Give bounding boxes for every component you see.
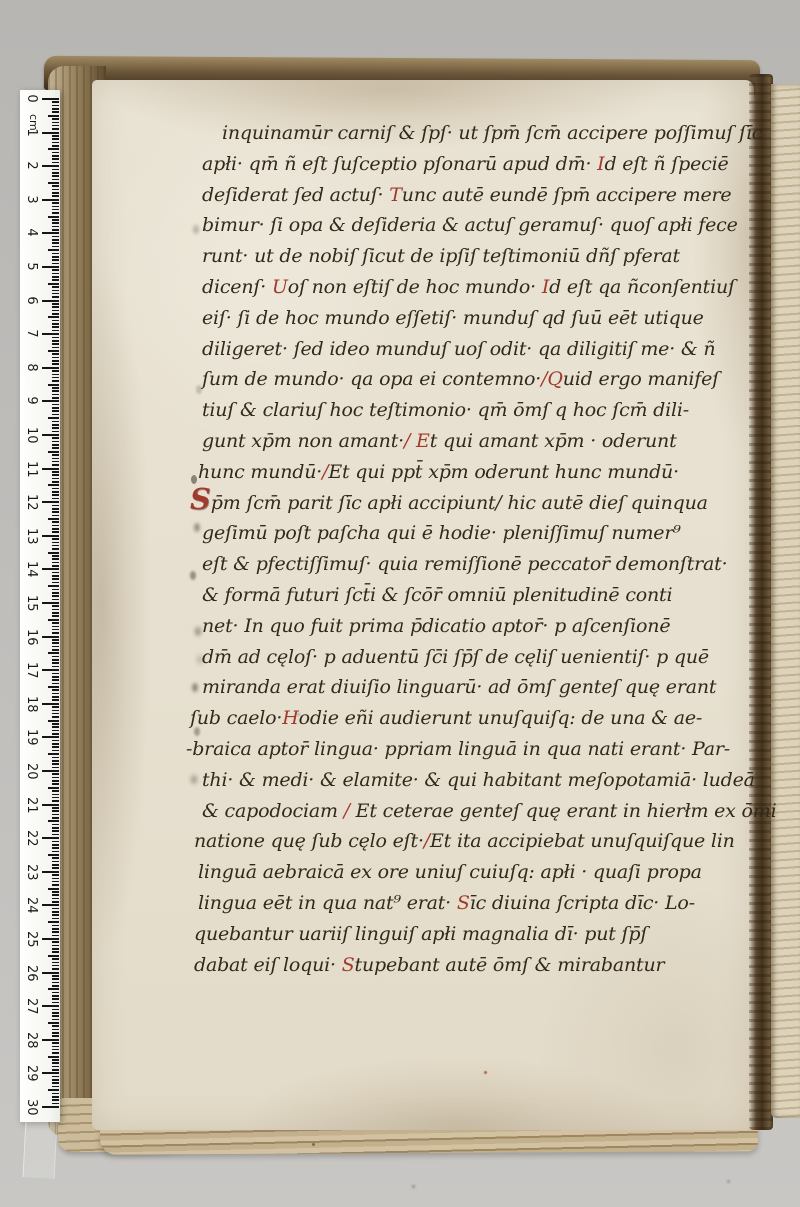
ruler-tick xyxy=(48,249,59,251)
rubric-text: E xyxy=(416,430,430,452)
ruler-tick xyxy=(48,350,59,352)
ruler-tick xyxy=(52,894,59,896)
ruler-tick xyxy=(52,777,59,779)
ruler-tick xyxy=(52,830,59,832)
ruler-tick xyxy=(52,757,59,759)
ruler-tick xyxy=(52,898,59,900)
ruler-tick xyxy=(42,602,59,604)
ruler-tick xyxy=(52,696,59,698)
ruler-tick xyxy=(52,478,59,480)
ruler-tick xyxy=(52,810,59,812)
ruler-tick xyxy=(42,468,59,470)
ruler-tick xyxy=(52,1059,59,1061)
ruler-tick xyxy=(42,1039,59,1041)
ink-text: miranda erat diuiſio linguarū· ad ōmſ ge… xyxy=(202,676,716,698)
manuscript-line: dm̄ ad cęloſ· p aduentū ſc̄i ſp̄ſ de cęl… xyxy=(202,642,758,673)
ruler-tick xyxy=(52,421,59,423)
ruler-number: 2 xyxy=(24,158,39,173)
ruler-tick xyxy=(52,306,59,308)
ink-text: hunc mundū· xyxy=(198,461,322,483)
ink-text: oſ non eſtiſ de hoc mundo· xyxy=(288,276,542,298)
ruler-tick xyxy=(52,558,59,560)
ruler-tick xyxy=(52,632,59,634)
ruler-tick xyxy=(52,105,59,107)
ruler-tick xyxy=(52,676,59,678)
manuscript-line: dabat eiſ loqui· Stupebant autē ōmſ & mi… xyxy=(194,950,758,981)
ruler-tick xyxy=(42,199,59,201)
ruler-tick xyxy=(52,410,59,412)
ruler-tick xyxy=(52,337,59,339)
ruler-tick xyxy=(52,118,59,120)
ruler-tick xyxy=(52,427,59,429)
ink-text: dm̄ ad cęloſ· p aduentū ſc̄i ſp̄ſ de cęl… xyxy=(202,646,709,668)
ruler-tick xyxy=(52,978,59,980)
manuscript-line: & formā futuri ſct̄i & ſcōr̄ omniū pleni… xyxy=(202,580,758,611)
ruler-tick xyxy=(48,753,59,755)
ruler-number: 6 xyxy=(24,293,39,308)
ink-text: bimur· ſi opa & deſideria & actuſ geramu… xyxy=(202,214,738,236)
rubric-text: S xyxy=(342,954,355,976)
manuscript-line: hunc mundū·∕Et qui ppt̄ xp̄m oderunt hun… xyxy=(198,457,758,488)
ruler-tick xyxy=(52,864,59,866)
ruler-tick xyxy=(52,1062,59,1064)
ruler-tick xyxy=(42,669,59,671)
ruler-tick xyxy=(42,266,59,268)
ruler-tick xyxy=(48,820,59,822)
ruler-tick xyxy=(52,884,59,886)
ruler-tick xyxy=(52,414,59,416)
ruler-tick xyxy=(52,1015,59,1017)
ruler-tick xyxy=(52,172,59,174)
ruler-tick xyxy=(52,125,59,127)
ruler-tick xyxy=(52,515,59,517)
ruler-tick xyxy=(52,1086,59,1088)
ruler-tick xyxy=(52,1069,59,1071)
ink-text: -braica aptor̄ lingua· ppriam linguā in … xyxy=(186,738,730,760)
ruler-tick xyxy=(52,693,59,695)
ruler-tick xyxy=(48,888,59,890)
ruler-tick xyxy=(48,148,59,150)
manuscript-line: geſimū poſt paſcha qui ē hodie· pleniſſi… xyxy=(202,518,758,549)
manuscript-line: dicenſ· Uoſ non eſtiſ de hoc mundo· Id e… xyxy=(202,272,758,303)
ruler-number: 29 xyxy=(24,1065,39,1080)
ruler-tick xyxy=(52,935,59,937)
ruler-tick xyxy=(52,454,59,456)
page-specks xyxy=(312,1143,315,1146)
ink-text: linguā aebraicā ex ore uniuſ cuiuſq: apł… xyxy=(198,861,702,883)
ruler-number: 7 xyxy=(24,326,39,341)
ruler-tick xyxy=(52,242,59,244)
ruler-tick xyxy=(52,914,59,916)
ruler-tick xyxy=(52,962,59,964)
ink-text: dicenſ· xyxy=(202,276,272,298)
ruler-tick xyxy=(52,662,59,664)
ruler: cm 0123456789101112131415161718192021222… xyxy=(20,90,60,1122)
rubric-text: U xyxy=(272,276,288,298)
ruler-tick xyxy=(52,330,59,332)
ruler-tick xyxy=(52,259,59,261)
ruler-tick xyxy=(52,474,59,476)
ink-text: deſiderat ſed actuſ· xyxy=(202,184,389,206)
ruler-number: 27 xyxy=(24,998,39,1013)
ruler-tick xyxy=(42,501,59,503)
ruler-tick xyxy=(52,740,59,742)
ruler-tick xyxy=(52,360,59,362)
ruler-tick xyxy=(52,931,59,933)
ruler-tick xyxy=(52,1099,59,1101)
ink-text: eiſ· ſi de hoc mundo eſſetiſ· munduſ qd … xyxy=(202,307,704,329)
ruler-tick xyxy=(42,703,59,705)
ruler-tick xyxy=(52,471,59,473)
ruler-tick xyxy=(48,115,59,117)
ink-text: lingua eēt in qua nat⁹ erat· xyxy=(198,892,457,914)
ink-text: Et ceterae genteſ quę erant in hierłm ex… xyxy=(350,800,777,822)
ink-text: Et ita accipiebat unuſquiſque lin xyxy=(430,830,735,852)
ruler-tick xyxy=(52,847,59,849)
manuscript-line: quebantur uariiſ linguiſ apłi magnalia d… xyxy=(194,919,758,950)
ruler-tick xyxy=(52,780,59,782)
ruler-tick xyxy=(52,290,59,292)
ruler-tick xyxy=(52,827,59,829)
ruler-tick xyxy=(52,723,59,725)
ruler-tick xyxy=(52,901,59,903)
ruler-tick xyxy=(42,770,59,772)
ruler-tick xyxy=(52,814,59,816)
ruler-number: 20 xyxy=(24,763,39,778)
ruler-tick xyxy=(48,619,59,621)
ruler-tick xyxy=(48,1056,59,1058)
ruler-tick xyxy=(52,189,59,191)
ruler-tick xyxy=(52,293,59,295)
ruler-tick xyxy=(48,316,59,318)
ruler-tick xyxy=(48,451,59,453)
ruler-tick xyxy=(52,1082,59,1084)
manuscript-line: runt· ut de nobiſ ſicut de ipſiſ teſtimo… xyxy=(202,241,758,272)
ruler-tick xyxy=(52,797,59,799)
ruler-tick xyxy=(52,730,59,732)
ruler-number: 24 xyxy=(24,897,39,912)
ruler-transparent-end xyxy=(23,1119,58,1179)
ruler-tick xyxy=(52,844,59,846)
ruler-tick xyxy=(52,226,59,228)
ruler-tick xyxy=(52,998,59,1000)
ruler-tick xyxy=(52,370,59,372)
ruler-number: 4 xyxy=(24,225,39,240)
ruler-tick xyxy=(52,565,59,567)
ruler-tick xyxy=(48,921,59,923)
manuscript-line: eiſ· ſi de hoc mundo eſſetiſ· munduſ qd … xyxy=(202,303,758,334)
ruler-tick xyxy=(42,535,59,537)
ruler-tick xyxy=(52,908,59,910)
ruler-tick xyxy=(52,498,59,500)
ruler-tick xyxy=(52,807,59,809)
ruler-tick xyxy=(52,491,59,493)
ruler-tick xyxy=(52,1035,59,1037)
ruler-tick xyxy=(52,1066,59,1068)
ruler-tick xyxy=(52,192,59,194)
ruler-tick xyxy=(52,592,59,594)
ruler-tick xyxy=(52,273,59,275)
ruler-tick xyxy=(52,881,59,883)
ruler-tick xyxy=(48,216,59,218)
ruler-tick xyxy=(42,367,59,369)
manuscript-line: gunt xp̄m non amant·∕ Et qui amant xp̄m … xyxy=(202,426,758,457)
ruler-tick xyxy=(52,162,59,164)
ruler-tick xyxy=(52,968,59,970)
ruler-tick xyxy=(52,303,59,305)
facing-page-edge xyxy=(771,84,800,1118)
ruler-tick xyxy=(52,945,59,947)
ink-text: uid ergo manifeſ xyxy=(563,368,719,390)
ruler-tick xyxy=(48,787,59,789)
ruler-tick xyxy=(52,689,59,691)
ink-text: Et qui ppt̄ xp̄m oderunt hunc mundū· xyxy=(328,461,679,483)
ruler-tick xyxy=(52,1032,59,1034)
ruler-tick xyxy=(52,377,59,379)
manuscript-line: ſum de mundo· qa opa ei contemno·∕Quid e… xyxy=(202,364,758,395)
ruler-tick xyxy=(52,824,59,826)
ruler-tick xyxy=(52,219,59,221)
ruler-number: 9 xyxy=(24,393,39,408)
rubric-text: Q xyxy=(547,368,562,390)
ruler-tick xyxy=(52,521,59,523)
ruler-tick xyxy=(52,649,59,651)
ruler-number: 15 xyxy=(24,595,39,610)
ruler-tick xyxy=(52,572,59,574)
ruler-tick xyxy=(52,488,59,490)
ruler-tick xyxy=(52,1009,59,1011)
rubric-text: H xyxy=(282,707,298,729)
ruler-tick xyxy=(52,891,59,893)
ink-text: & capodociam xyxy=(202,800,344,822)
ink-text: quebantur uariiſ linguiſ apłi magnalia d… xyxy=(194,923,647,945)
ruler-tick xyxy=(52,111,59,113)
ink-text: & formā futuri ſct̄i & ſcōr̄ omniū pleni… xyxy=(202,584,672,606)
ink-text: unc autē eundē ſpm̄ accipere mere xyxy=(402,184,732,206)
ruler-tick xyxy=(52,1093,59,1095)
ruler-tick xyxy=(48,1089,59,1091)
ruler-tick xyxy=(52,713,59,715)
manuscript-line: Sp̄m ſcm̄ parit ſīc apłi accipiunt∕ hic … xyxy=(190,488,758,519)
ruler-tick xyxy=(52,155,59,157)
ruler-number: 8 xyxy=(24,360,39,375)
ruler-tick xyxy=(52,673,59,675)
ruler-tick xyxy=(52,599,59,601)
ruler-tick xyxy=(42,938,59,940)
rubric-text: T xyxy=(389,184,401,206)
ruler-tick xyxy=(52,699,59,701)
ruler-tick xyxy=(52,404,59,406)
ruler-tick xyxy=(52,108,59,110)
ruler-tick xyxy=(52,639,59,641)
ruler-tick xyxy=(52,138,59,140)
ruler-tick xyxy=(52,441,59,443)
ruler-tick xyxy=(52,145,59,147)
ruler-tick xyxy=(52,508,59,510)
ruler-tick xyxy=(52,101,59,103)
ruler-tick xyxy=(52,236,59,238)
manuscript-line: bimur· ſi opa & deſideria & actuſ geramu… xyxy=(202,210,758,241)
ruler-tick xyxy=(42,837,59,839)
ruler-tick xyxy=(52,1042,59,1044)
ruler-tick xyxy=(52,726,59,728)
ruler-tick xyxy=(52,575,59,577)
ruler-tick xyxy=(52,595,59,597)
ruler-tick xyxy=(48,552,59,554)
ruler-tick xyxy=(52,444,59,446)
ruler-tick xyxy=(52,642,59,644)
ruler-tick xyxy=(52,394,59,396)
ruler-number: 1 xyxy=(24,125,39,140)
ruler-number: 28 xyxy=(24,1032,39,1047)
ruler-tick xyxy=(42,98,59,100)
ink-text: apłi· qm̄ ñ eſt ſuſceptio pſonarū apud d… xyxy=(202,153,597,175)
ruler-tick xyxy=(42,1005,59,1007)
ink-text: diligeret· ſed ideo munduſ uoſ odit· qa … xyxy=(202,338,715,360)
ruler-tick xyxy=(52,353,59,355)
ruler-tick xyxy=(52,461,59,463)
ruler-tick xyxy=(52,928,59,930)
ruler-tick xyxy=(52,437,59,439)
ruler-number: 26 xyxy=(24,965,39,980)
ink-text: d eſt qa ñconſentiuſ xyxy=(549,276,735,298)
ruler-tick xyxy=(52,555,59,557)
manuscript-line: net· In quo fuit prima p̄dicatio aptor̄·… xyxy=(202,611,758,642)
ruler-tick xyxy=(52,390,59,392)
ruler-number: 14 xyxy=(24,561,39,576)
ruler-tick xyxy=(52,511,59,513)
ruler-tick xyxy=(42,400,59,402)
manuscript-line: inquinamūr carniſ & ſpſ· ut ſpm̄ ſcm̄ ac… xyxy=(222,118,758,149)
ruler-tick xyxy=(52,128,59,130)
ruler-number: 12 xyxy=(24,494,39,509)
ruler-tick xyxy=(52,1019,59,1021)
ruler-tick xyxy=(52,750,59,752)
ruler-tick xyxy=(52,609,59,611)
ruler-tick xyxy=(48,283,59,285)
ruler-tick xyxy=(52,1046,59,1048)
ruler-tick xyxy=(48,854,59,856)
manuscript-line: lingua eēt in qua nat⁹ erat· Sīc diuina … xyxy=(198,888,758,919)
ruler-tick xyxy=(52,760,59,762)
ruler-tick xyxy=(52,562,59,564)
manuscript-line: ſub caelo·Hodie eñi audierunt unuſquiſq:… xyxy=(190,703,758,734)
ruler-tick xyxy=(48,484,59,486)
ruler-tick xyxy=(52,374,59,376)
ruler-tick xyxy=(42,132,59,134)
ruler-tick xyxy=(52,1103,59,1105)
ruler-tick xyxy=(52,578,59,580)
ruler-tick xyxy=(52,239,59,241)
ruler-tick xyxy=(48,1022,59,1024)
ruler-tick xyxy=(52,380,59,382)
ruler-tick xyxy=(52,407,59,409)
ink-text: d eſt ñ ſpeciē xyxy=(604,153,728,175)
ruler-tick xyxy=(52,397,59,399)
ruler-tick xyxy=(42,972,59,974)
ruler-tick xyxy=(52,296,59,298)
ruler-tick xyxy=(52,1052,59,1054)
ruler-tick xyxy=(52,861,59,863)
ruler-tick xyxy=(42,232,59,234)
ruler-tick xyxy=(52,874,59,876)
ruler-tick xyxy=(52,951,59,953)
ruler-tick xyxy=(42,300,59,302)
ruler-tick xyxy=(52,763,59,765)
ruler-tick xyxy=(42,1072,59,1074)
ruler-tick xyxy=(42,804,59,806)
ruler-tick xyxy=(52,347,59,349)
rubric-text: S xyxy=(190,482,211,516)
ink-text: geſimū poſt paſcha qui ē hodie· pleniſſi… xyxy=(202,522,681,544)
manuscript-photo: inquinamūr carniſ & ſpſ· ut ſpm̄ ſcm̄ ac… xyxy=(0,0,800,1207)
ink-text: inquinamūr carniſ & ſpſ· ut ſpm̄ ſcm̄ ac… xyxy=(222,122,762,144)
ruler-tick xyxy=(52,447,59,449)
ruler-tick xyxy=(52,458,59,460)
ruler-tick xyxy=(52,716,59,718)
ruler-tick xyxy=(52,387,59,389)
ruler-tick xyxy=(52,629,59,631)
ink-text: t qui amant xp̄m · oderunt xyxy=(430,430,677,452)
ink-text: net· In quo fuit prima p̄dicatio aptor̄·… xyxy=(202,615,670,637)
ruler-tick xyxy=(52,659,59,661)
ruler-tick xyxy=(52,363,59,365)
ruler-number: 19 xyxy=(24,729,39,744)
ruler-tick xyxy=(42,871,59,873)
ruler-tick xyxy=(52,253,59,255)
ruler-tick xyxy=(52,841,59,843)
ruler-tick xyxy=(52,867,59,869)
ruler-tick xyxy=(52,992,59,994)
ruler-tick xyxy=(48,417,59,419)
manuscript-line: natione quę ſub cęlo eſt·∕Et ita accipie… xyxy=(194,826,758,857)
ruler-tick xyxy=(52,212,59,214)
ink-text: tupebant autē ōmſ & mirabantur xyxy=(355,954,665,976)
ruler-number: 5 xyxy=(24,259,39,274)
ink-text: natione quę ſub cęlo eſt· xyxy=(194,830,424,852)
ruler-tick xyxy=(52,817,59,819)
ruler-tick xyxy=(52,340,59,342)
ruler-tick xyxy=(52,323,59,325)
ruler-tick xyxy=(52,783,59,785)
ruler-tick xyxy=(52,169,59,171)
ink-text: eſt & pfectiſſimuſ· quia remiſſionē pecc… xyxy=(202,553,727,575)
ruler-tick xyxy=(48,518,59,520)
ruler-tick xyxy=(52,256,59,258)
ruler-tick xyxy=(52,505,59,507)
ruler-tick xyxy=(52,179,59,181)
ruler-tick xyxy=(52,1096,59,1098)
ruler-number: 25 xyxy=(24,931,39,946)
ink-text: runt· ut de nobiſ ſicut de ipſiſ teſtimo… xyxy=(202,245,680,267)
ruler-tick xyxy=(42,736,59,738)
ruler-tick xyxy=(52,1012,59,1014)
ruler-tick xyxy=(52,286,59,288)
ruler-tick xyxy=(52,948,59,950)
ink-text: odie eñi audierunt unuſquiſq: de una & a… xyxy=(299,707,703,729)
ruler-tick xyxy=(48,988,59,990)
ruler-tick xyxy=(52,683,59,685)
ruler-tick xyxy=(52,313,59,315)
manuscript-line: miranda erat diuiſio linguarū· ad ōmſ ge… xyxy=(202,672,758,703)
ruler-tick xyxy=(52,985,59,987)
ruler-tick xyxy=(52,656,59,658)
ruler-tick xyxy=(52,767,59,769)
ruler-tick xyxy=(52,1049,59,1051)
manuscript-line: thi· & medi· & elamite· & qui habitant m… xyxy=(202,765,758,796)
ruler-tick xyxy=(52,918,59,920)
rubric-text: S xyxy=(457,892,470,914)
